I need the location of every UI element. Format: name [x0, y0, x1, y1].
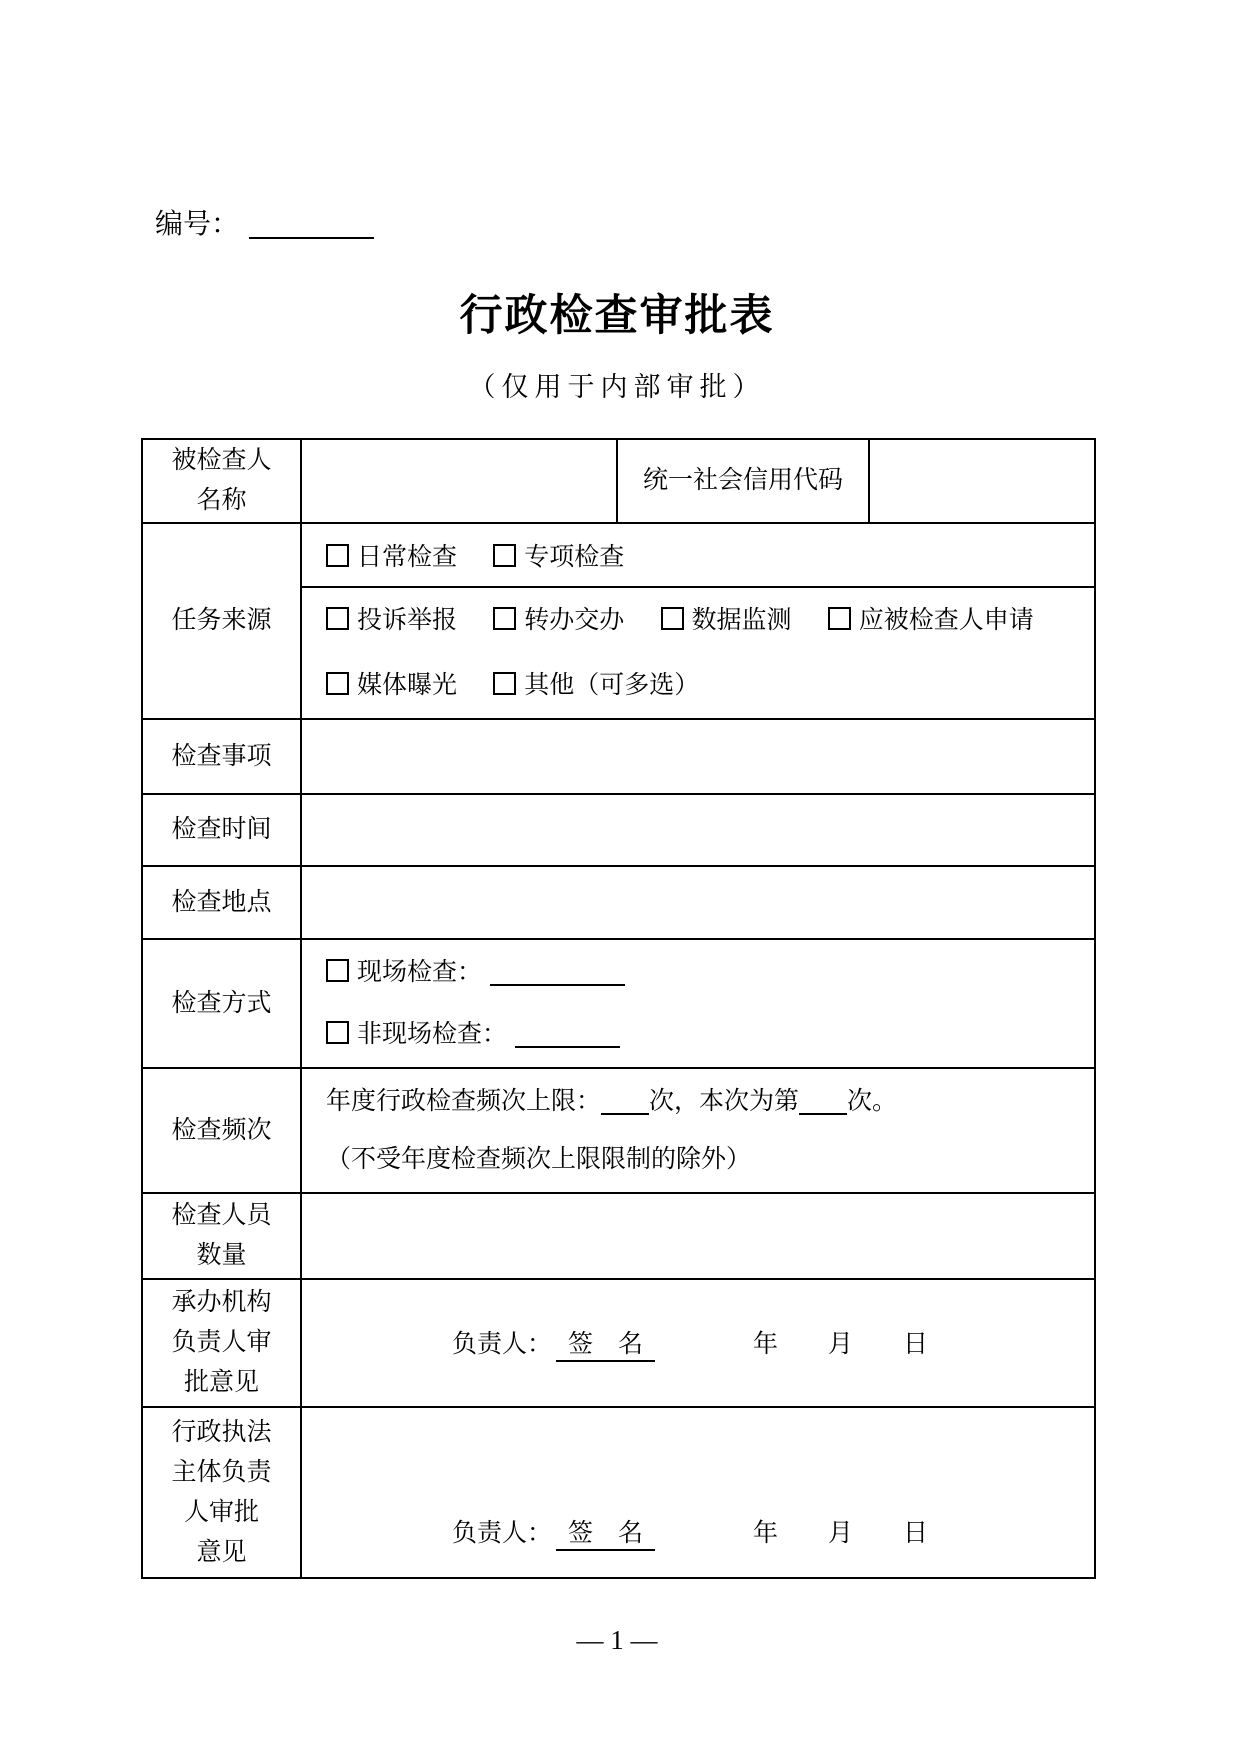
row-agency-approval: 承办机构 负责人审 批意见 负责人：签 名年 月 日	[142, 1279, 1095, 1407]
inspection-frequency-cell: 年度行政检查频次上限：次，本次为第次。 （不受年度检查频次上限限制的除外）	[301, 1068, 1095, 1193]
label-inspection-place: 检查地点	[142, 866, 301, 939]
inspection-items-value-cell[interactable]	[301, 719, 1095, 794]
checkbox-icon[interactable]	[326, 672, 349, 695]
checkbox-icon[interactable]	[326, 959, 349, 982]
serial-number-blank[interactable]	[249, 213, 374, 239]
checkbox-option-special-inspection[interactable]: 专项检查	[493, 544, 624, 571]
checkbox-label: 非现场检查：	[357, 1021, 507, 1048]
page-number: — 1 —	[0, 1625, 1234, 1656]
serial-number-row: 编号：	[155, 0, 1234, 242]
label-subject-approval: 行政执法 主体负责 人审批 意见	[142, 1407, 301, 1578]
checkbox-option-daily-inspection[interactable]: 日常检查	[326, 544, 457, 571]
document-page: 编号： 行政检查审批表 （仅用于内部审批） 被检查人 名称 统一社会信用代码 任…	[0, 0, 1234, 1656]
label-task-source: 任务来源	[142, 523, 301, 719]
checkbox-option-onsite-inspection[interactable]: 现场检查：	[326, 959, 482, 986]
checkbox-option-media-exposure[interactable]: 媒体曝光	[326, 672, 457, 699]
row-inspection-frequency: 检查频次 年度行政检查频次上限：次，本次为第次。 （不受年度检查频次上限限制的除…	[142, 1068, 1095, 1193]
signature-blank[interactable]: 签 名	[556, 1324, 655, 1362]
checkbox-icon[interactable]	[493, 544, 516, 567]
row-subject-approval: 行政执法 主体负责 人审批 意见 负责人：签 名年 月 日	[142, 1407, 1095, 1578]
checkbox-label: 转办交办	[524, 607, 624, 634]
approval-form-table: 被检查人 名称 统一社会信用代码 任务来源 日常检查 专项检查 投诉举报 转办交…	[141, 438, 1096, 1579]
frequency-current-blank[interactable]	[799, 1089, 847, 1115]
checkbox-option-other[interactable]: 其他（可多选）	[493, 672, 699, 699]
signer-label: 负责人：	[452, 1331, 552, 1358]
row-inspection-place: 检查地点	[142, 866, 1095, 939]
checkbox-label: 日常检查	[357, 544, 457, 571]
label-inspected-name: 被检查人 名称	[142, 439, 301, 523]
inspector-count-value-cell[interactable]	[301, 1193, 1095, 1279]
page-title: 行政检查审批表	[0, 282, 1234, 343]
checkbox-icon[interactable]	[326, 544, 349, 567]
checkbox-option-transfer-assignment[interactable]: 转办交办	[493, 607, 624, 634]
label-inspection-method: 检查方式	[142, 939, 301, 1068]
credit-code-value-cell[interactable]	[869, 439, 1095, 523]
row-inspection-items: 检查事项	[142, 719, 1095, 794]
row-inspection-time: 检查时间	[142, 794, 1095, 866]
method-offsite-line: 非现场检查：	[326, 1004, 1094, 1066]
page-subtitle: （仅用于内部审批）	[0, 365, 1234, 404]
checkbox-icon[interactable]	[661, 607, 684, 630]
frequency-line1: 年度行政检查频次上限：次，本次为第次。	[326, 1073, 1094, 1131]
label-credit-code: 统一社会信用代码	[617, 439, 869, 523]
checkbox-label: 现场检查：	[357, 959, 482, 986]
subject-signature-line: 负责人：签 名年 月 日	[302, 1513, 1094, 1577]
frequency-limit-blank[interactable]	[601, 1089, 649, 1115]
onsite-inspection-blank[interactable]	[490, 960, 625, 986]
checkbox-label: 媒体曝光	[357, 672, 457, 699]
label-agency-approval: 承办机构 负责人审 批意见	[142, 1279, 301, 1407]
row-inspector-count: 检查人员 数量	[142, 1193, 1095, 1279]
frequency-text-end: 次。	[847, 1088, 897, 1115]
inspection-place-value-cell[interactable]	[301, 866, 1095, 939]
label-inspection-frequency: 检查频次	[142, 1068, 301, 1193]
signature-blank[interactable]: 签 名	[556, 1513, 655, 1551]
checkbox-option-offsite-inspection[interactable]: 非现场检查：	[326, 1021, 507, 1048]
task-source-line1-cell: 日常检查 专项检查	[301, 523, 1095, 587]
checkbox-icon[interactable]	[326, 607, 349, 630]
inspection-method-cell: 现场检查： 非现场检查：	[301, 939, 1095, 1068]
label-inspection-items: 检查事项	[142, 719, 301, 794]
checkbox-option-data-monitoring[interactable]: 数据监测	[661, 607, 792, 634]
row-inspection-method: 检查方式 现场检查： 非现场检查：	[142, 939, 1095, 1068]
inspected-name-value-cell[interactable]	[301, 439, 617, 523]
checkbox-label: 数据监测	[692, 607, 792, 634]
frequency-text-mid: 次，本次为第	[649, 1088, 799, 1115]
task-source-line2: 投诉举报 转办交办 数据监测 应被检查人申请	[326, 588, 1094, 653]
checkbox-icon[interactable]	[326, 1021, 349, 1044]
checkbox-label: 应被检查人申请	[859, 607, 1034, 634]
date-fields[interactable]: 年 月 日	[753, 1331, 928, 1358]
checkbox-icon[interactable]	[493, 672, 516, 695]
task-source-line2-3-cell: 投诉举报 转办交办 数据监测 应被检查人申请 媒体曝光 其他（可多选）	[301, 587, 1095, 719]
frequency-line2: （不受年度检查频次上限限制的除外）	[326, 1131, 1094, 1189]
signer-label: 负责人：	[452, 1520, 552, 1547]
checkbox-label: 其他（可多选）	[524, 672, 699, 699]
checkbox-icon[interactable]	[493, 607, 516, 630]
label-inspector-count: 检查人员 数量	[142, 1193, 301, 1279]
agency-signature-line: 负责人：签 名年 月 日	[302, 1324, 1094, 1362]
method-onsite-line: 现场检查：	[326, 942, 1094, 1004]
label-inspection-time: 检查时间	[142, 794, 301, 866]
checkbox-label: 投诉举报	[357, 607, 457, 634]
checkbox-option-complaint-report[interactable]: 投诉举报	[326, 607, 457, 634]
frequency-text-pre: 年度行政检查频次上限：	[326, 1088, 601, 1115]
offsite-inspection-blank[interactable]	[515, 1022, 620, 1048]
checkbox-icon[interactable]	[828, 607, 851, 630]
date-fields[interactable]: 年 月 日	[753, 1520, 928, 1547]
agency-approval-cell[interactable]: 负责人：签 名年 月 日	[301, 1279, 1095, 1407]
subject-approval-cell[interactable]: 负责人：签 名年 月 日	[301, 1407, 1095, 1578]
checkbox-option-inspected-party-request[interactable]: 应被检查人申请	[828, 607, 1034, 634]
inspection-time-value-cell[interactable]	[301, 794, 1095, 866]
row-task-source-line1: 任务来源 日常检查 专项检查	[142, 523, 1095, 587]
row-inspected-name: 被检查人 名称 统一社会信用代码	[142, 439, 1095, 523]
serial-number-label: 编号：	[155, 209, 239, 240]
task-source-line3: 媒体曝光 其他（可多选）	[326, 653, 1094, 718]
checkbox-label: 专项检查	[524, 544, 624, 571]
